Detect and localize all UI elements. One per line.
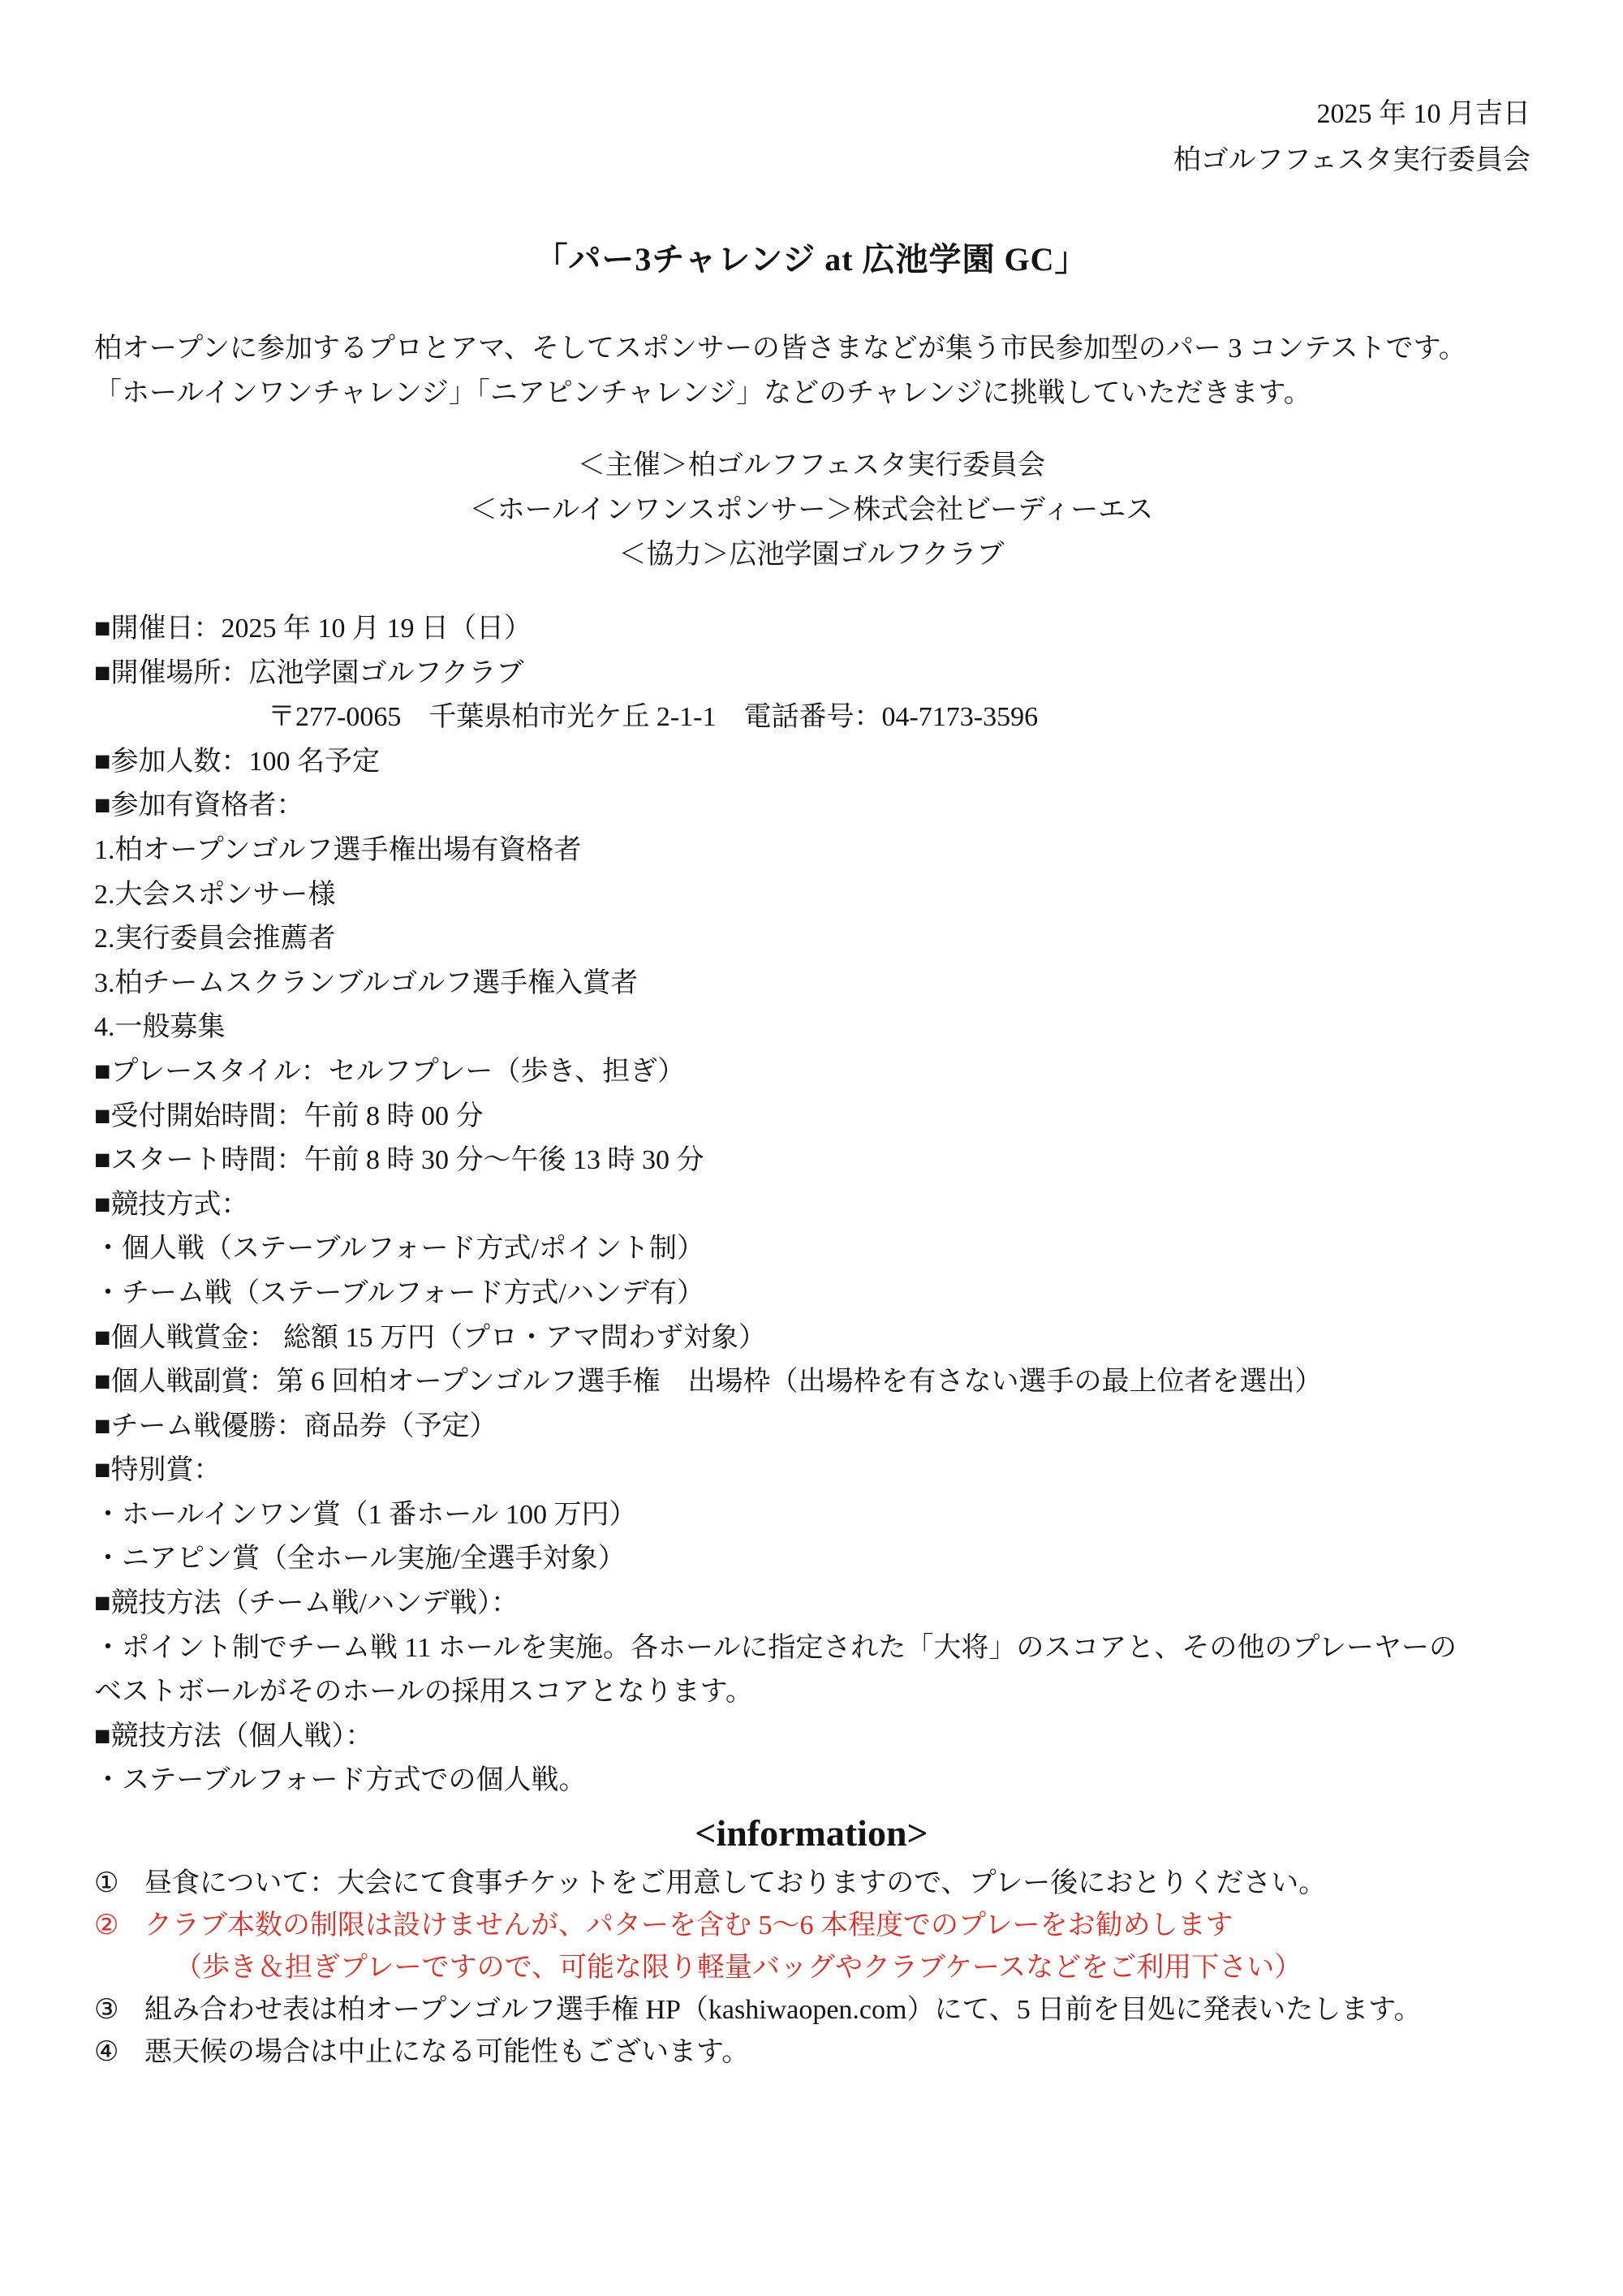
intro-paragraph: 柏オープンに参加するプロとアマ、そしてスポンサーの皆さまなどが集う市民参加型のパ… [94,326,1466,416]
detail-line-method-individual-header: ■競技方法（個人戦）： [94,1715,1457,1760]
credit-line-sponsor: ＜ホールインワンスポンサー＞株式会社ビーディーエス [0,489,1623,533]
detail-line-method-team-header: ■競技方法（チーム戦/ハンデ戦）： [94,1582,1457,1626]
info-item-lunch: ① 昼食について：大会にて食事チケットをご用意しておりますので、プレー後におとり… [94,1863,1422,1905]
detail-line-special-prize-header: ■特別賞： [94,1449,1457,1493]
detail-line-eligibility-1: 1.柏オープンゴルフ選手権出場有資格者 [94,829,1457,873]
detail-line-eligibility-header: ■参加有資格者： [94,784,1457,829]
detail-line-near-pin-prize: ・ニアピン賞（全ホール実施/全選手対象） [94,1537,1457,1582]
credit-line-organizer: ＜主催＞柏ゴルフフェスタ実行委員会 [0,444,1623,489]
detail-line-address: 〒277-0065 千葉県柏市光ケ丘 2-1-1 電話番号：04-7173-35… [94,696,1457,740]
detail-line-method-team-1: ・ポイント制でチーム戦 11 ホールを実施。各ホールに指定された「大将」のスコア… [94,1626,1457,1671]
info-item-number: ① [94,1863,144,1905]
detail-line-start-time: ■スタート時間：午前 8 時 30 分～午後 13 時 30 分 [94,1139,1457,1183]
info-item-club-limit: ② クラブ本数の制限は設けませんが、パターを含む 5～6 本程度でのプレーをお勧… [94,1905,1422,1947]
info-item-number [94,1947,144,1989]
info-item-number: ② [94,1905,144,1947]
detail-line-eligibility-4: 4.一般募集 [94,1006,1457,1050]
event-details-list: ■開催日：2025 年 10 月 19 日（日） ■開催場所：広池学園ゴルフクラ… [94,607,1457,1803]
info-item-club-limit-note: （歩き＆担ぎプレーですので、可能な限り軽量バッグやクラブケースなどをご利用下さい… [94,1947,1422,1989]
info-item-text: 悪天候の場合は中止になる可能性もございます。 [144,2031,749,2074]
info-item-text: 昼食について：大会にて食事チケットをご用意しておりますので、プレー後におとりくだ… [144,1863,1326,1905]
document-title: 「パー3チャレンジ at 広池学園 GC」 [0,234,1623,280]
detail-line-method-team-2: ベストボールがそのホールの採用スコアとなります。 [94,1670,1457,1715]
detail-line-format-team: ・チーム戦（ステーブルフォード方式/ハンデ有） [94,1272,1457,1316]
information-heading: <information> [0,1808,1623,1859]
detail-line-team-prize: ■チーム戦優勝：商品券（予定） [94,1405,1457,1450]
credit-line-cooperation: ＜協力＞広池学園ゴルフクラブ [0,533,1623,578]
detail-line-date: ■開催日：2025 年 10 月 19 日（日） [94,607,1457,652]
detail-line-hole-in-one-prize: ・ホールインワン賞（1 番ホール 100 万円） [94,1493,1457,1538]
detail-line-playstyle: ■プレースタイル：セルフプレー（歩き、担ぎ） [94,1050,1457,1095]
detail-line-format-header: ■競技方式： [94,1183,1457,1228]
detail-line-extra-prize: ■個人戦副賞：第 6 回柏オープンゴルフ選手権 出場枠（出場枠を有さない選手の最… [94,1360,1457,1405]
credits-block: ＜主催＞柏ゴルフフェスタ実行委員会 ＜ホールインワンスポンサー＞株式会社ビーディ… [0,444,1623,577]
detail-line-prize-money: ■個人戦賞金： 総額 15 万円（プロ・アマ問わず対象） [94,1316,1457,1361]
detail-line-participants: ■参加人数：100 名予定 [94,740,1457,785]
info-item-pairings: ③ 組み合わせ表は柏オープンゴルフ選手権 HP（kashiwaopen.com）… [94,1989,1422,2031]
info-item-text: （歩き＆担ぎプレーですので、可能な限り軽量バッグやクラブケースなどをご利用下さい… [144,1947,1302,1989]
detail-line-format-individual: ・個人戦（ステーブルフォード方式/ポイント制） [94,1227,1457,1272]
info-item-text: 組み合わせ表は柏オープンゴルフ選手権 HP（kashiwaopen.com）にて… [144,1989,1422,2031]
detail-line-method-individual: ・ステーブルフォード方式での個人戦。 [94,1759,1457,1803]
date-line: 2025 年 10 月吉日 [1173,91,1530,137]
committee-line: 柏ゴルフフェスタ実行委員会 [1173,137,1530,183]
detail-line-venue: ■開催場所：広池学園ゴルフクラブ [94,652,1457,696]
detail-line-reception-time: ■受付開始時間：午前 8 時 00 分 [94,1095,1457,1139]
info-item-text: クラブ本数の制限は設けませんが、パターを含む 5～6 本程度でのプレーをお勧めし… [144,1905,1233,1947]
document-header: 2025 年 10 月吉日 柏ゴルフフェスタ実行委員会 [1173,91,1530,183]
document-page: 2025 年 10 月吉日 柏ゴルフフェスタ実行委員会 「パー3チャレンジ at… [0,0,1623,2296]
detail-line-eligibility-3: 3.柏チームスクランブルゴルフ選手権入賞者 [94,962,1457,1006]
info-item-weather: ④ 悪天候の場合は中止になる可能性もございます。 [94,2031,1422,2074]
detail-line-eligibility-2: 2.大会スポンサー様 [94,873,1457,918]
intro-line: 「ホールインワンチャレンジ」「ニアピンチャレンジ」などのチャレンジに挑戦していた… [94,371,1466,416]
info-item-number: ③ [94,1989,144,2031]
info-item-number: ④ [94,2031,144,2074]
information-list: ① 昼食について：大会にて食事チケットをご用意しておりますので、プレー後におとり… [94,1863,1422,2074]
intro-line: 柏オープンに参加するプロとアマ、そしてスポンサーの皆さまなどが集う市民参加型のパ… [94,326,1466,371]
detail-line-eligibility-2b: 2.実行委員会推薦者 [94,917,1457,962]
